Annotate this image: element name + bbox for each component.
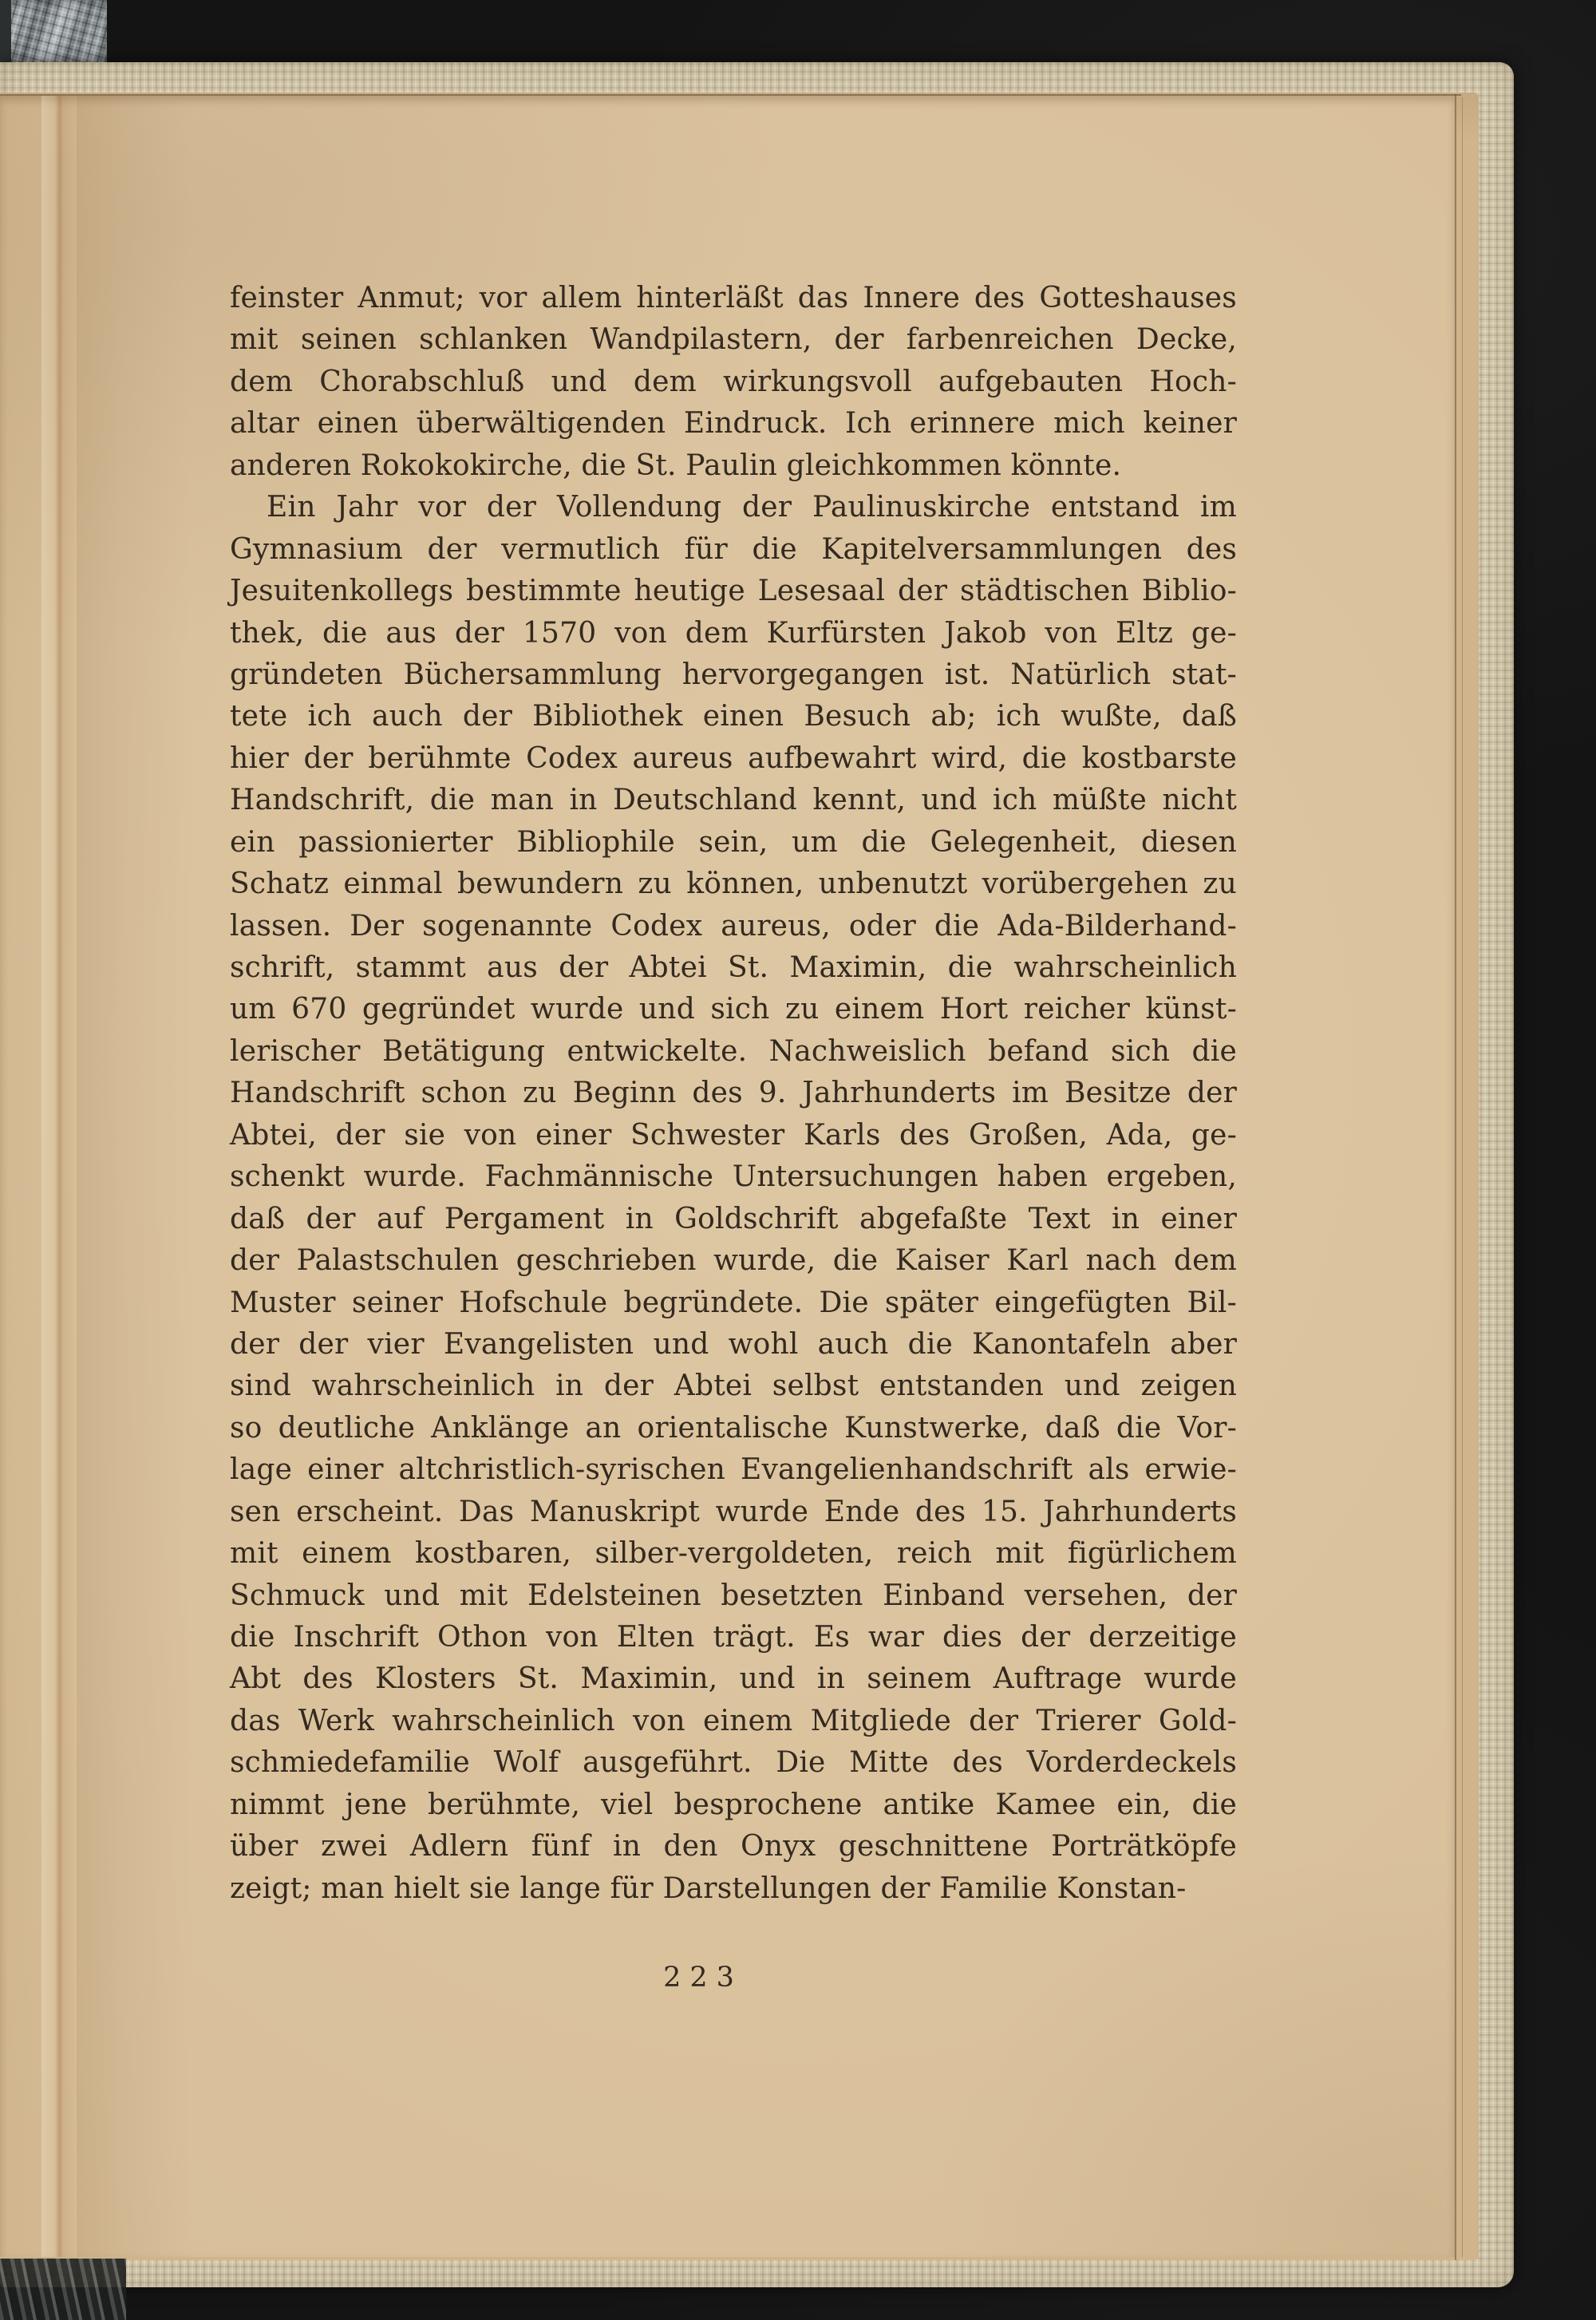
page-fold-crease <box>41 96 77 2257</box>
text-line: gründeten Büchersammlung hervorgegangen … <box>230 654 1237 696</box>
text-line: mit einem kostbaren, silber-vergoldeten,… <box>230 1533 1237 1575</box>
text-line: zeigt; man hielt sie lange für Darstellu… <box>230 1868 1237 1910</box>
text-line: Abtei, der sie von einer Schwester Karls… <box>230 1115 1237 1156</box>
text-line: tete ich auch der Bibliothek einen Besuc… <box>230 696 1237 737</box>
text-line: Gymnasium der vermutlich für die Kapitel… <box>230 529 1237 571</box>
text-line: Ein Jahr vor der Vollendung der Paulinus… <box>230 487 1237 528</box>
text-line: Abt des Klosters St. Maximin, und in sei… <box>230 1658 1237 1700</box>
text-line: die Inschrift Othon von Elten trägt. Es … <box>230 1617 1237 1658</box>
page-top-rule <box>0 94 1461 96</box>
text-line: lerischer Betätigung entwickelte. Nachwe… <box>230 1031 1237 1073</box>
text-line: um 670 gegründet wurde und sich zu einem… <box>230 989 1237 1030</box>
text-line: Jesuitenkollegs bestimmte heutige Lesesa… <box>230 571 1237 612</box>
text-line: Schatz einmal bewundern zu können, unben… <box>230 864 1237 905</box>
text-line: der Palastschulen geschrieben wurde, die… <box>230 1240 1237 1282</box>
text-line: altar einen überwältigenden Eindruck. Ic… <box>230 403 1237 445</box>
text-line: Handschrift schon zu Beginn des 9. Jahrh… <box>230 1073 1237 1114</box>
text-line: nimmt jene berühmte, viel besprochene an… <box>230 1784 1237 1826</box>
text-line: lage einer altchristlich-syrischen Evang… <box>230 1449 1237 1491</box>
worn-corner-patch <box>0 2259 126 2320</box>
text-line: schenkt wurde. Fachmännische Untersuchun… <box>230 1156 1237 1198</box>
binding-tape-patch <box>0 0 107 65</box>
page-right-rule <box>1455 94 1456 2260</box>
text-line: lassen. Der sogenannte Codex aureus, ode… <box>230 906 1237 947</box>
text-line: schmiedefamilie Wolf ausgeführt. Die Mit… <box>230 1742 1237 1784</box>
text-line: thek, die aus der 1570 von dem Kurfürste… <box>230 613 1237 654</box>
binding-tape-edge <box>0 0 11 65</box>
text-line: Muster seiner Hofschule begründete. Die … <box>230 1283 1237 1324</box>
text-line: sen erscheint. Das Manuskript wurde Ende… <box>230 1492 1237 1533</box>
text-line: schrift, stammt aus der Abtei St. Maximi… <box>230 947 1237 989</box>
text-line: Schmuck und mit Edelsteinen besetzten Ei… <box>230 1575 1237 1617</box>
text-line: Handschrift, die man in Deutschland kenn… <box>230 780 1237 821</box>
text-line: ein passionierter Bibliophile sein, um d… <box>230 822 1237 864</box>
text-line: sind wahrscheinlich in der Abtei selbst … <box>230 1366 1237 1407</box>
text-line: über zwei Adlern fünf in den Onyx geschn… <box>230 1826 1237 1867</box>
text-line: mit seinen schlanken Wandpilastern, der … <box>230 319 1237 361</box>
scanned-book-photo: feinster Anmut; vor allem hinterläßt das… <box>0 0 1596 2320</box>
page-fold-shadow <box>77 96 212 2257</box>
body-text: feinster Anmut; vor allem hinterläßt das… <box>230 278 1237 1910</box>
text-line: so deutliche Anklänge an orientalische K… <box>230 1408 1237 1449</box>
text-line: hier der berühmte Codex aureus aufbewahr… <box>230 738 1237 780</box>
text-line: dem Chorabschluß und dem wirkungsvoll au… <box>230 362 1237 403</box>
page-right-rule-inner <box>1462 97 1463 2257</box>
text-line: daß der auf Pergament in Goldschrift abg… <box>230 1199 1237 1240</box>
page-number: 223 <box>199 1962 1207 1994</box>
text-line: das Werk wahrscheinlich von einem Mitgli… <box>230 1701 1237 1742</box>
text-line: anderen Rokokokirche, die St. Paulin gle… <box>230 445 1237 487</box>
text-line: der der vier Evangelisten und wohl auch … <box>230 1324 1237 1366</box>
text-line: feinster Anmut; vor allem hinterläßt das… <box>230 278 1237 319</box>
